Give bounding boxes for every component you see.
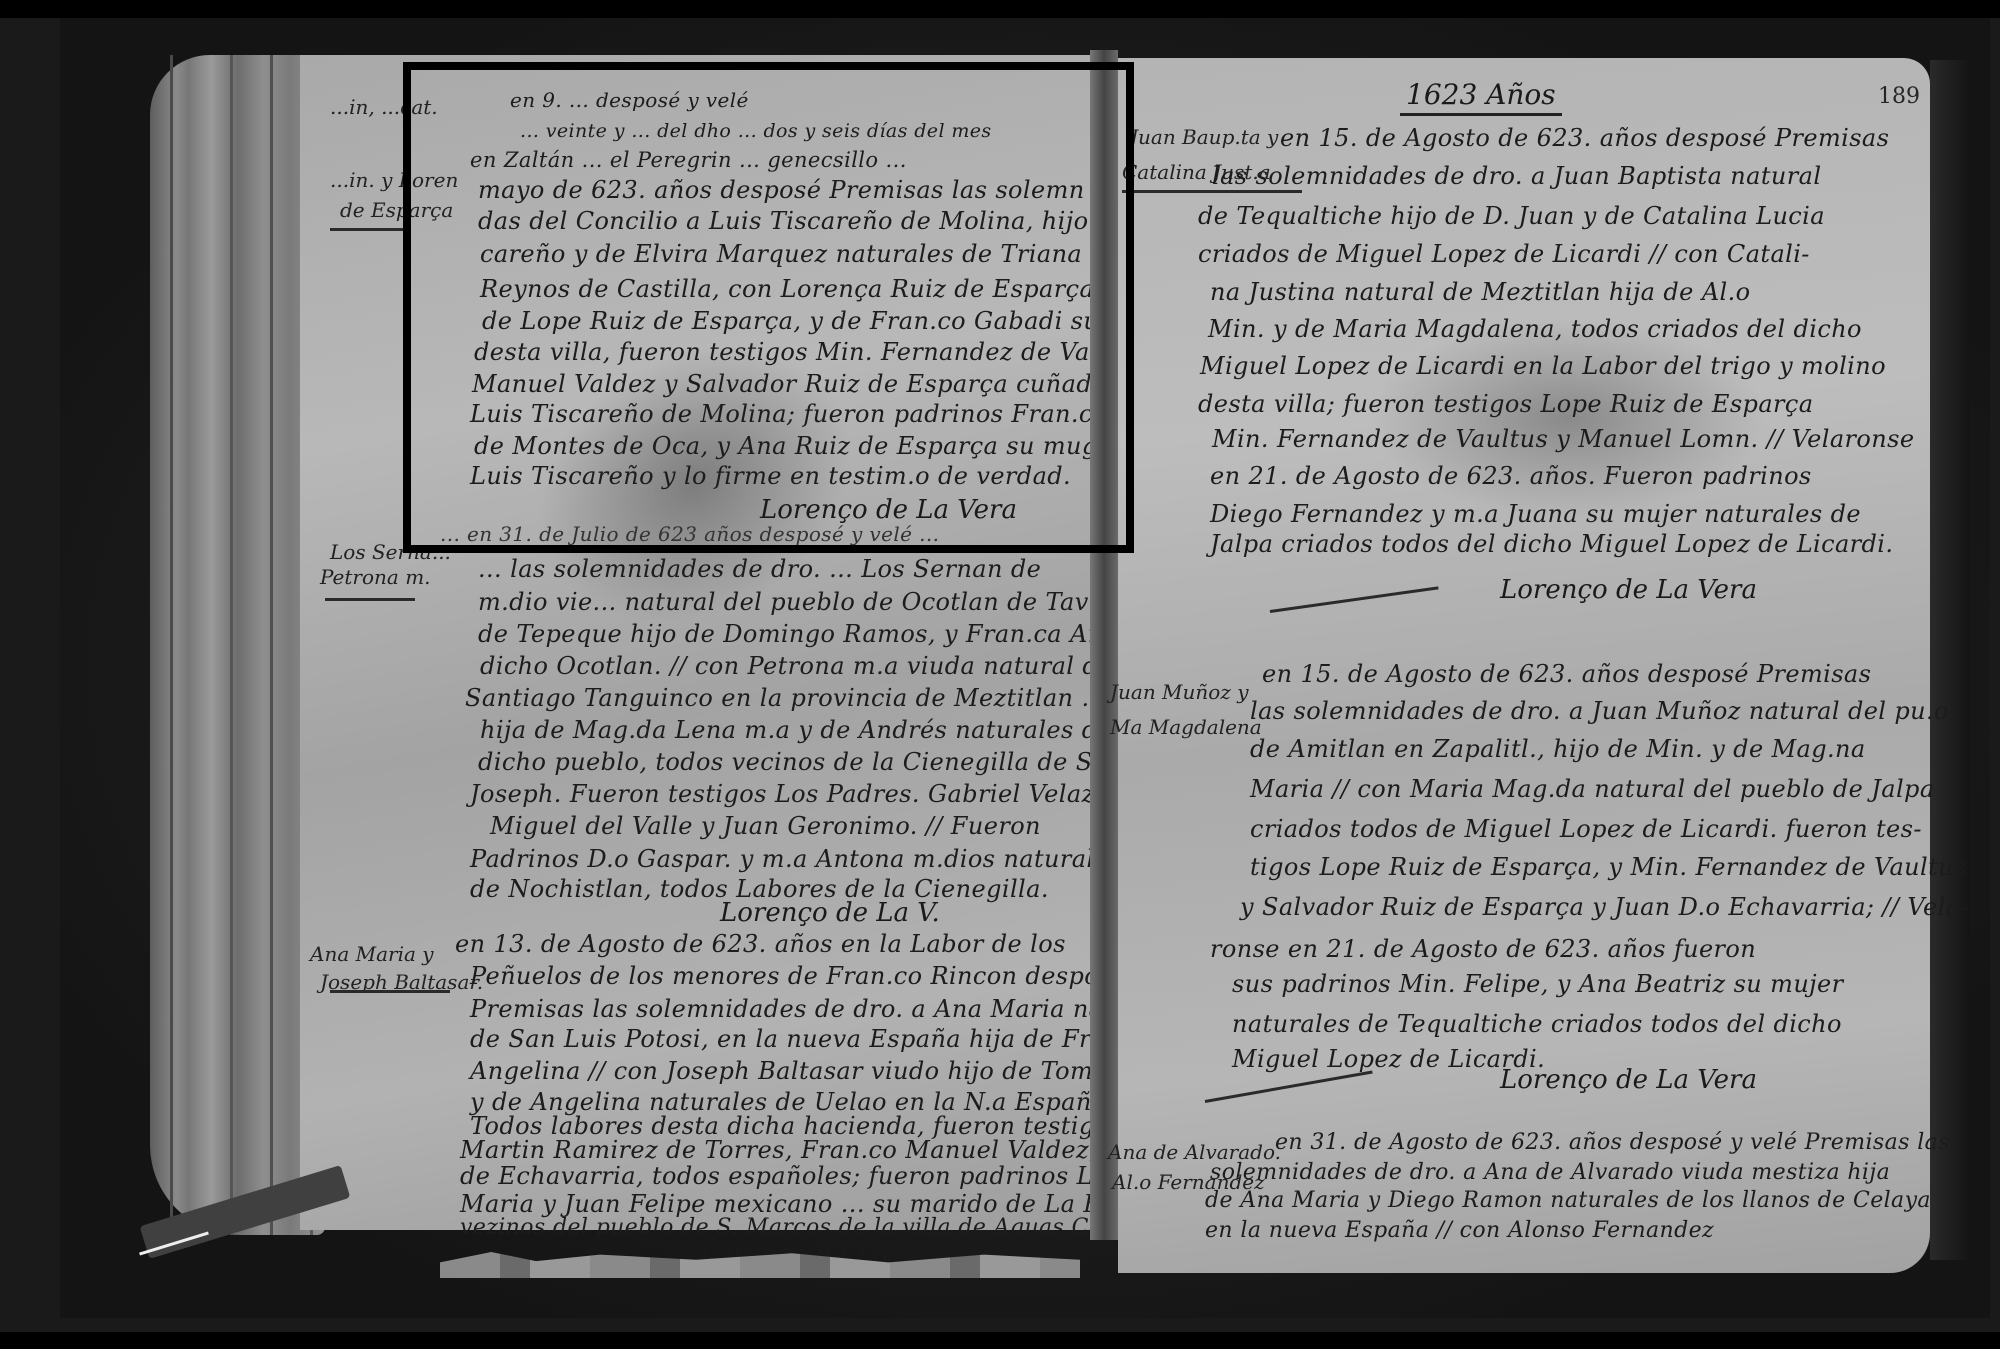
entry-line: Padrinos D.o Gaspar. y m.a Antona m.dios… [470, 845, 1122, 873]
entry-line: en 31. de Agosto de 623. años desposé y … [1275, 1130, 1950, 1155]
entry-line: Miguel del Valle y Juan Geronimo. // Fue… [490, 812, 1041, 840]
entry-line: en 21. de Agosto de 623. años. Fueron pa… [1210, 462, 1812, 490]
entry-line: Joseph. Fueron testigos Los Padres. Gabr… [470, 780, 1118, 808]
book-gutter [1090, 50, 1118, 1240]
entry-line: dicho Ocotlan. // con Petrona m.a viuda … [480, 652, 1113, 680]
entry-line: Premisas las solemnidades de dro. a Ana … [470, 995, 1164, 1023]
entry-divider [330, 990, 450, 993]
margin-name: de Esparça [340, 198, 453, 222]
entry-line: en 13. de Agosto de 623. años en la Labo… [455, 930, 1066, 958]
scan-border-bottom [0, 1332, 2000, 1349]
entry-line: sus padrinos Min. Felipe, y Ana Beatriz … [1232, 970, 1844, 998]
entry-line: criados todos de Miguel Lopez de Licardi… [1250, 815, 1922, 843]
entry-line: las solemnidades de dro. a Juan Baptista… [1212, 162, 1821, 190]
left-page-edges [150, 55, 325, 1235]
entry-line: Diego Fernandez y m.a Juana su mujer nat… [1210, 500, 1861, 528]
priest-signature: Lorenço de La Vera [1500, 575, 1757, 605]
entry-line: Miguel Lopez de Licardi en la Labor del … [1200, 352, 1886, 380]
margin-name: ...in. y Loren [330, 168, 458, 192]
margin-name: Ma Magdalena [1110, 715, 1262, 739]
entry-line: ... veinte y ... del dho ... dos y seis … [520, 120, 992, 142]
entry-line: Min. Fernandez de Vaultus y Manuel Lomn.… [1212, 425, 1914, 453]
entry-line: tigos Lope Ruiz de Esparça, y Min. Ferna… [1250, 853, 1967, 881]
entry-line: vezinos del pueblo de S. Marcos de la vi… [460, 1215, 1187, 1240]
margin-name: Ana Maria y [310, 942, 434, 966]
right-page-edge [1930, 60, 1970, 1260]
entry-line: Jalpa criados todos del dicho Miguel Lop… [1210, 530, 1893, 558]
folio-number: 189 [1878, 84, 1920, 109]
entry-divider [1122, 190, 1302, 193]
entry-line: Luis Tiscareño y lo firme en testim.o de… [470, 462, 1071, 490]
year-heading: 1623 Años [1400, 78, 1562, 116]
entry-line: Min. y de Maria Magdalena, todos criados… [1208, 315, 1862, 343]
entry-line: solemnidades de dro. a Ana de Alvarado v… [1210, 1160, 1890, 1185]
priest-signature: Lorenço de La Vera [760, 495, 1017, 525]
margin-name: Juan Baup.ta y [1130, 125, 1278, 149]
entry-line: dicho pueblo, todos vecinos de la Cieneg… [478, 748, 1123, 776]
entry-line: en la nueva España // con Alonso Fernand… [1205, 1218, 1714, 1243]
entry-line: Maria // con Maria Mag.da natural del pu… [1250, 775, 1935, 803]
scan-border-top [0, 0, 2000, 18]
entry-line: ... las solemnidades de dro. ... Los Ser… [478, 555, 1041, 583]
entry-line: de Ana Maria y Diego Ramon naturales de … [1205, 1188, 1931, 1213]
entry-line: Santiago Tanguinco en la provincia de Me… [465, 684, 1106, 712]
priest-signature: Lorenço de La V. [720, 898, 940, 928]
entry-line: de Tepeque hijo de Domingo Ramos, y Fran… [478, 620, 1173, 648]
entry-line: de Echavarria, todos españoles; fueron p… [460, 1162, 1144, 1190]
entry-line: desta villa; fueron testigos Lope Ruiz d… [1198, 390, 1813, 418]
entry-line: ronse en 21. de Agosto de 623. años fuer… [1210, 935, 1756, 963]
entry-line: Angelina // con Joseph Baltasar viudo hi… [470, 1057, 1108, 1085]
entry-line: y Salvador Ruiz de Esparça y Juan D.o Ec… [1240, 893, 1969, 921]
entry-line: de Amitlan en Zapalitl., hijo de Min. y … [1250, 735, 1866, 763]
margin-name: Petrona m. [320, 565, 431, 589]
entry-divider [330, 228, 410, 231]
entry-line: mayo de 623. años desposé Premisas las s… [478, 176, 1085, 204]
entry-divider [325, 598, 415, 601]
entry-line: naturales de Tequaltiche criados todos d… [1232, 1010, 1842, 1038]
margin-name: Juan Muñoz y [1110, 680, 1249, 704]
scanned-manuscript: ...in, ...cat. ...in. y Loren de Esparça… [0, 0, 2000, 1349]
entry-line: hija de Mag.da Lena m.a y de Andrés natu… [480, 716, 1112, 744]
entry-line: criados de Miguel Lopez de Licardi // co… [1198, 240, 1810, 268]
entry-line: Martin Ramirez de Torres, Fran.co Manuel… [460, 1136, 1184, 1164]
entry-line: en 9. ... desposé y velé [510, 88, 749, 112]
entry-line: en 15. de Agosto de 623. años desposé Pr… [1262, 660, 1871, 688]
entry-line: Maria y Juan Felipe mexicano ... su mari… [460, 1190, 1148, 1218]
entry-line: en 15. de Agosto de 623. años desposé Pr… [1280, 124, 1889, 152]
entry-line: ... en 31. de Julio de 623 años desposé … [440, 522, 939, 546]
entry-line: m.dio vie... natural del pueblo de Ocotl… [478, 588, 1150, 616]
entry-line: en Zaltán ... el Peregrin ... genecsillo… [470, 148, 907, 172]
priest-signature: Lorenço de La Vera [1500, 1065, 1757, 1095]
entry-line: las solemnidades de dro. a Juan Muñoz na… [1250, 697, 1949, 725]
margin-name: ...in, ...cat. [330, 95, 438, 119]
margin-name: Los Serna... [330, 540, 451, 564]
entry-line: na Justina natural de Meztitlan hija de … [1210, 278, 1751, 306]
entry-line: Miguel Lopez de Licardi. [1232, 1045, 1545, 1073]
entry-line: de Tequaltiche hijo de D. Juan y de Cata… [1198, 202, 1825, 230]
